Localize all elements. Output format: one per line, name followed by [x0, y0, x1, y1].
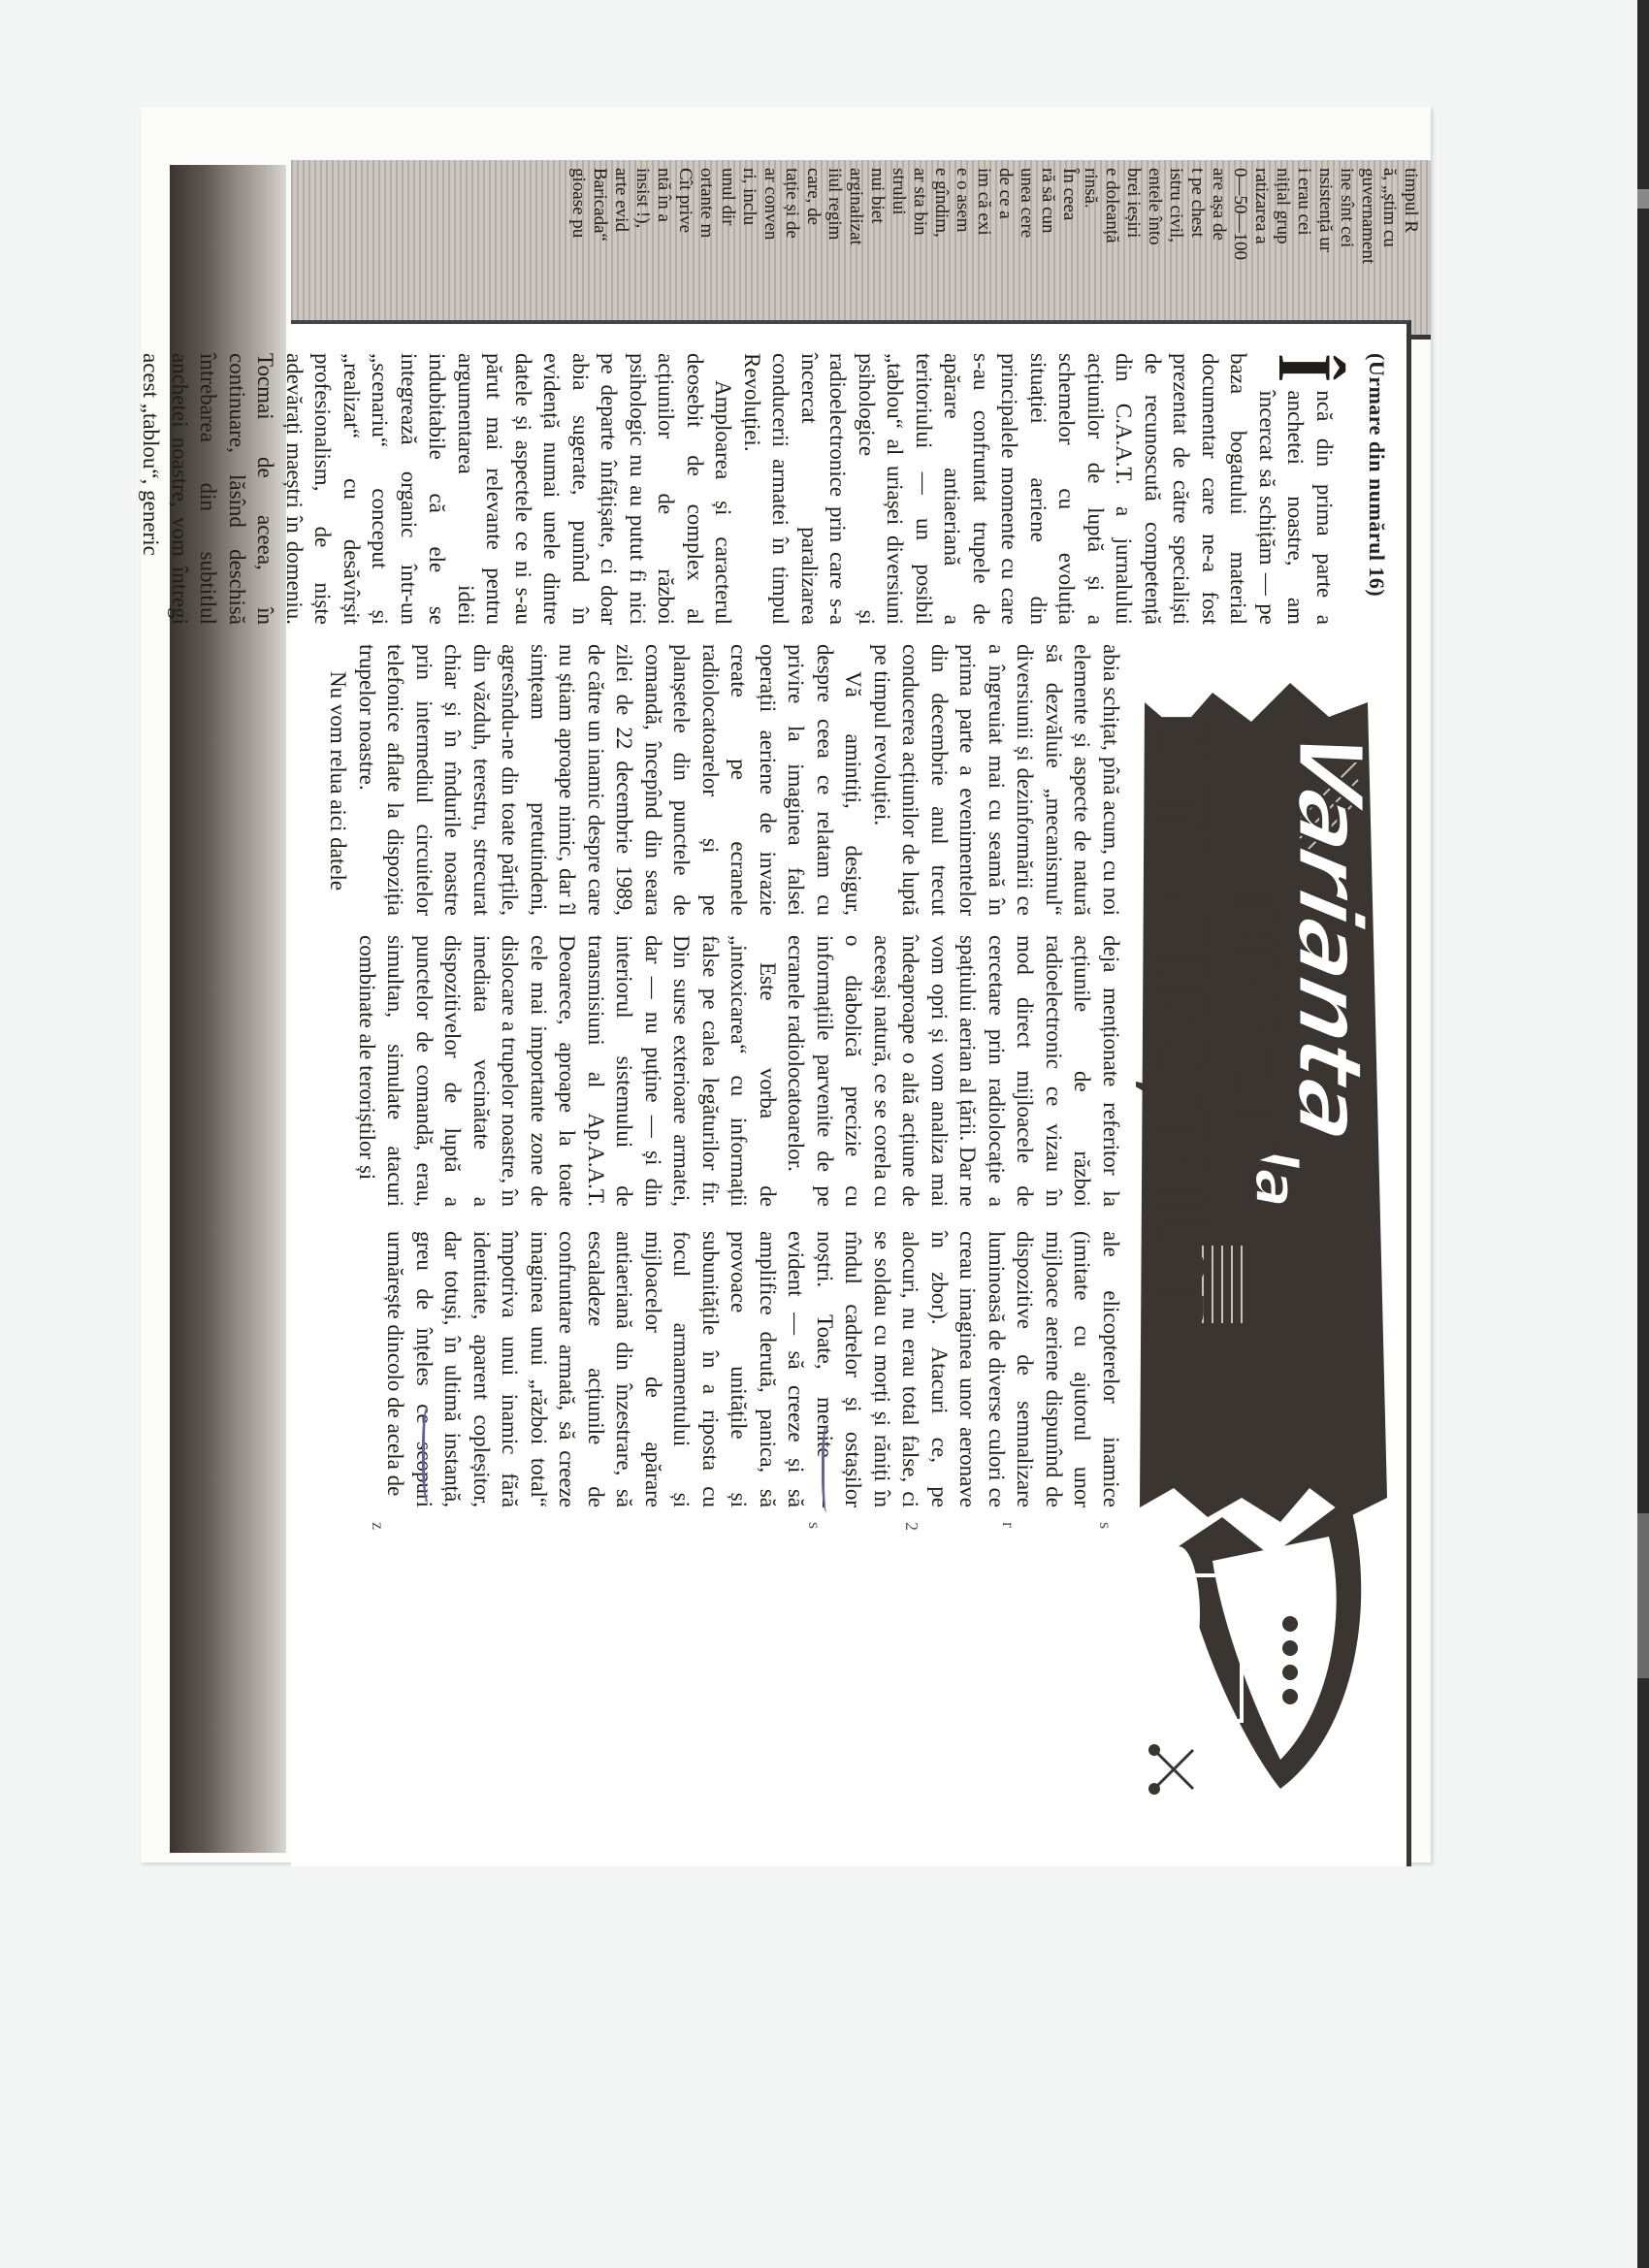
paragraph: Amploarea și caracterul deosebit de comp… [137, 353, 738, 625]
fragment-line: ortante m [695, 168, 717, 327]
headline-varianta: Varianta [1277, 721, 1381, 1150]
fragment-line: e gîndim, [930, 168, 952, 327]
fragment-line: brei ieșiri [1122, 168, 1144, 327]
margin-mark: s [804, 1522, 824, 1529]
fragment-line: care, de [802, 168, 824, 327]
fragment-line: are așa de [1208, 168, 1229, 327]
paragraph: Vă amintiți, desigur, despre ceea ce rel… [353, 644, 868, 916]
background-clipping-fragment: timpul Ră, „știm cuguvernamentine sînt c… [291, 160, 1431, 340]
paragraph: Este vorba de „intoxicarea“ cu informați… [353, 935, 783, 1207]
article-canvas-rotated: (Urmare din numărul 16) [291, 324, 1406, 1866]
fragment-line: ri, inclu [738, 168, 760, 327]
paragraph: abia schițat, pînă acum, cu noi elemente… [868, 644, 1126, 916]
fragment-line: entele înto [1144, 168, 1165, 327]
pen-underline-mark [822, 1425, 834, 1512]
pen-underline-mark [422, 1406, 436, 1503]
margin-mark: 2 [901, 1522, 921, 1531]
fragment-line: ine sînt cei [1336, 168, 1357, 327]
drop-cap: Î [1275, 353, 1335, 382]
fragment-line: timpul R [1400, 168, 1421, 327]
fragment-line: de ce a [994, 168, 1016, 327]
fragment-line: gioase pu [567, 168, 589, 327]
fragment-line: arte evid [610, 168, 631, 327]
fragment-line: ar conven [760, 168, 781, 327]
headline-block: Varianta la INVAZIA EXTRATEREȘTRILOR [1135, 644, 1387, 1837]
article-column-4: ale elicopterelor inamice (imitate cu aj… [381, 1231, 1125, 1507]
article-clipping: (Urmare din numărul 16) [291, 320, 1411, 1866]
fragment-line: rinsă. [1080, 168, 1101, 327]
fragment-line: t pe chest [1186, 168, 1208, 327]
margin-mark: s [1095, 1522, 1115, 1529]
continuation-note: (Urmare din numărul 16) [1364, 353, 1389, 597]
fragment-line: insist !), [631, 168, 653, 327]
fragment-line: unul dir [717, 168, 738, 327]
fragment-line: nițial grup [1272, 168, 1293, 327]
headline-extraterestrilor: EXTRATEREȘTRILOR [1136, 712, 1217, 1334]
paragraph: ale elicopterelor inamice (imitate cu aj… [381, 1231, 1125, 1507]
headline-invazia: INVAZIA [1213, 877, 1285, 1174]
fragment-line: nui biet [866, 168, 888, 327]
fragment-line: ntă în a [653, 168, 674, 327]
fragment-line: unea cere [1016, 168, 1037, 327]
margin-mark: z [368, 1522, 388, 1530]
fragment-text-column: timpul Ră, „știm cuguvernamentine sînt c… [291, 160, 1431, 335]
fragment-line: arginalizat [845, 168, 866, 327]
fragment-line: tație și de [781, 168, 802, 327]
fragment-line: ratizarea a [1250, 168, 1272, 327]
scanner-edge [1637, 0, 1649, 2268]
fragment-line: ră să cun [1037, 168, 1058, 327]
fragment-line: im că exi [973, 168, 994, 327]
fragment-line: strului [888, 168, 909, 327]
fragment-line: i erau cei [1293, 168, 1314, 327]
article-column-3: deja menționate referitor la acțiunile d… [353, 935, 1126, 1207]
fragment-line: 0—50—100 [1229, 168, 1250, 327]
fragment-line: istru civil, [1165, 168, 1186, 327]
fragment-line: iiul regim [824, 168, 845, 327]
fragment-line: e doleanță [1101, 168, 1122, 327]
fragment-line: ar sta bin [909, 168, 930, 327]
fragment-line: guvernament [1357, 168, 1378, 327]
fragment-line: nsistență ur [1314, 168, 1336, 327]
fragment-line: Cît prive [674, 168, 695, 327]
fragment-line: ă, „știm cu [1378, 168, 1400, 327]
article-column-2: abia schițat, pînă acum, cu noi elemente… [324, 644, 1125, 916]
fragment-line: Baricada“ [589, 168, 610, 327]
paragraph: Încă din prima parte a anchetei noastre,… [738, 353, 1340, 625]
paragraph: deja menționate referitor la acțiunile d… [782, 935, 1125, 1207]
margin-mark: r [998, 1522, 1018, 1528]
fragment-line: În ceea [1058, 168, 1080, 327]
fragment-line: e o asem [952, 168, 973, 327]
paragraph: Nu vom relua aici datele [324, 644, 353, 916]
article-column-1: Încă din prima parte a anchetei noastre,… [137, 353, 1339, 625]
